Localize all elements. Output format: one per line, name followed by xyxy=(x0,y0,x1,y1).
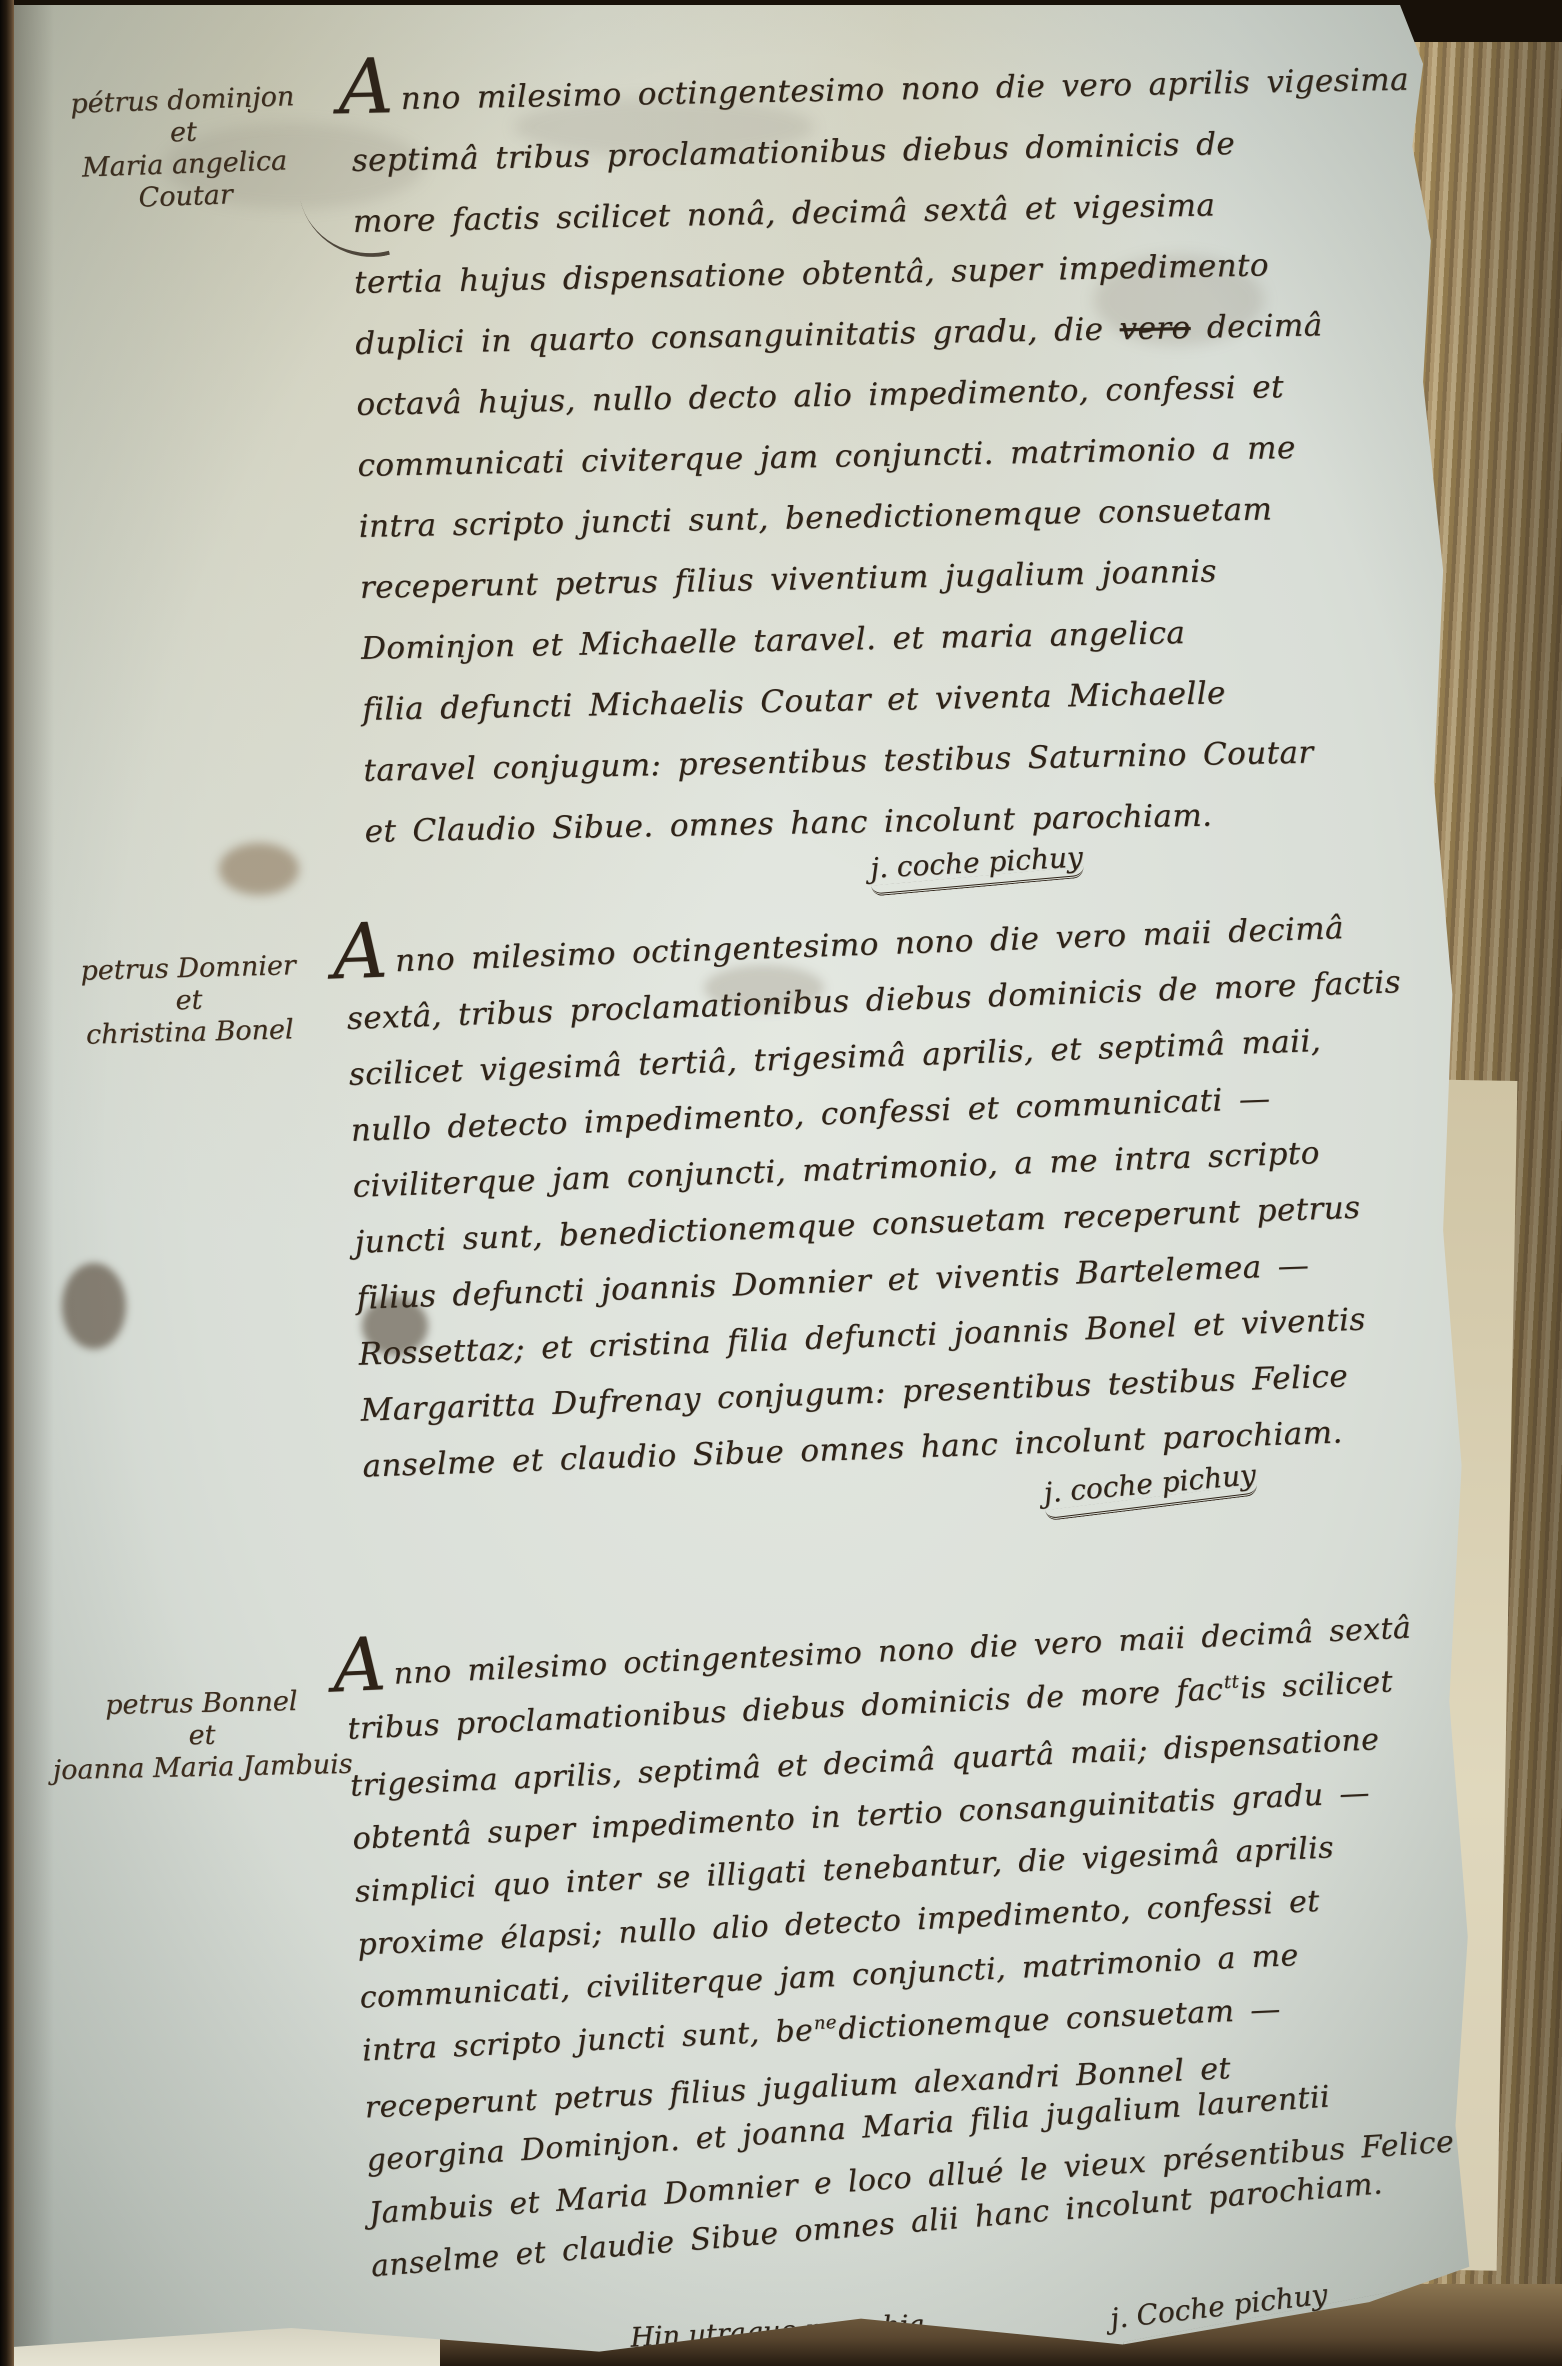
margin-note-line: joanna Maria Jambuis xyxy=(42,1749,363,1788)
line-text: decimâ xyxy=(1190,307,1323,346)
ink-smudge xyxy=(62,1263,126,1349)
margin-note-record-2: petrus Domnier et christina Bonel xyxy=(38,949,340,1053)
manuscript-photo: pétrus dominjon et Maria angelica Coutar… xyxy=(0,0,1562,2366)
margin-note-record-1: pétrus dominjon et Maria angelica Coutar xyxy=(42,80,326,218)
line-text: dictionemque consuetam — xyxy=(837,1992,1281,2047)
line-text: is scilicet xyxy=(1240,1664,1394,1706)
manuscript-page: pétrus dominjon et Maria angelica Coutar… xyxy=(14,5,1554,2361)
binding-edge xyxy=(0,0,14,2366)
superscript-correction: ne xyxy=(813,2012,837,2034)
record-2-text: Anno milesimo octingentesimo nono die ve… xyxy=(344,898,1417,1494)
struck-word: vero xyxy=(1119,310,1191,347)
margin-note-record-3: petrus Bonnel et joanna Maria Jambuis xyxy=(41,1685,363,1788)
record-1-text: Anno milesimo octingentesimo nono die ve… xyxy=(350,50,1424,863)
line-text: intra scripto juncti sunt, be xyxy=(361,2013,814,2068)
margin-note-line: christina Bonel xyxy=(39,1013,340,1053)
superscript-correction: tt xyxy=(1223,1671,1239,1693)
record-3-text: Anno milesimo octingentesimo nono die ve… xyxy=(344,1601,1459,2294)
line-text: duplici in quarto consanguinitatis gradu… xyxy=(355,311,1120,362)
ink-smudge xyxy=(219,843,299,895)
